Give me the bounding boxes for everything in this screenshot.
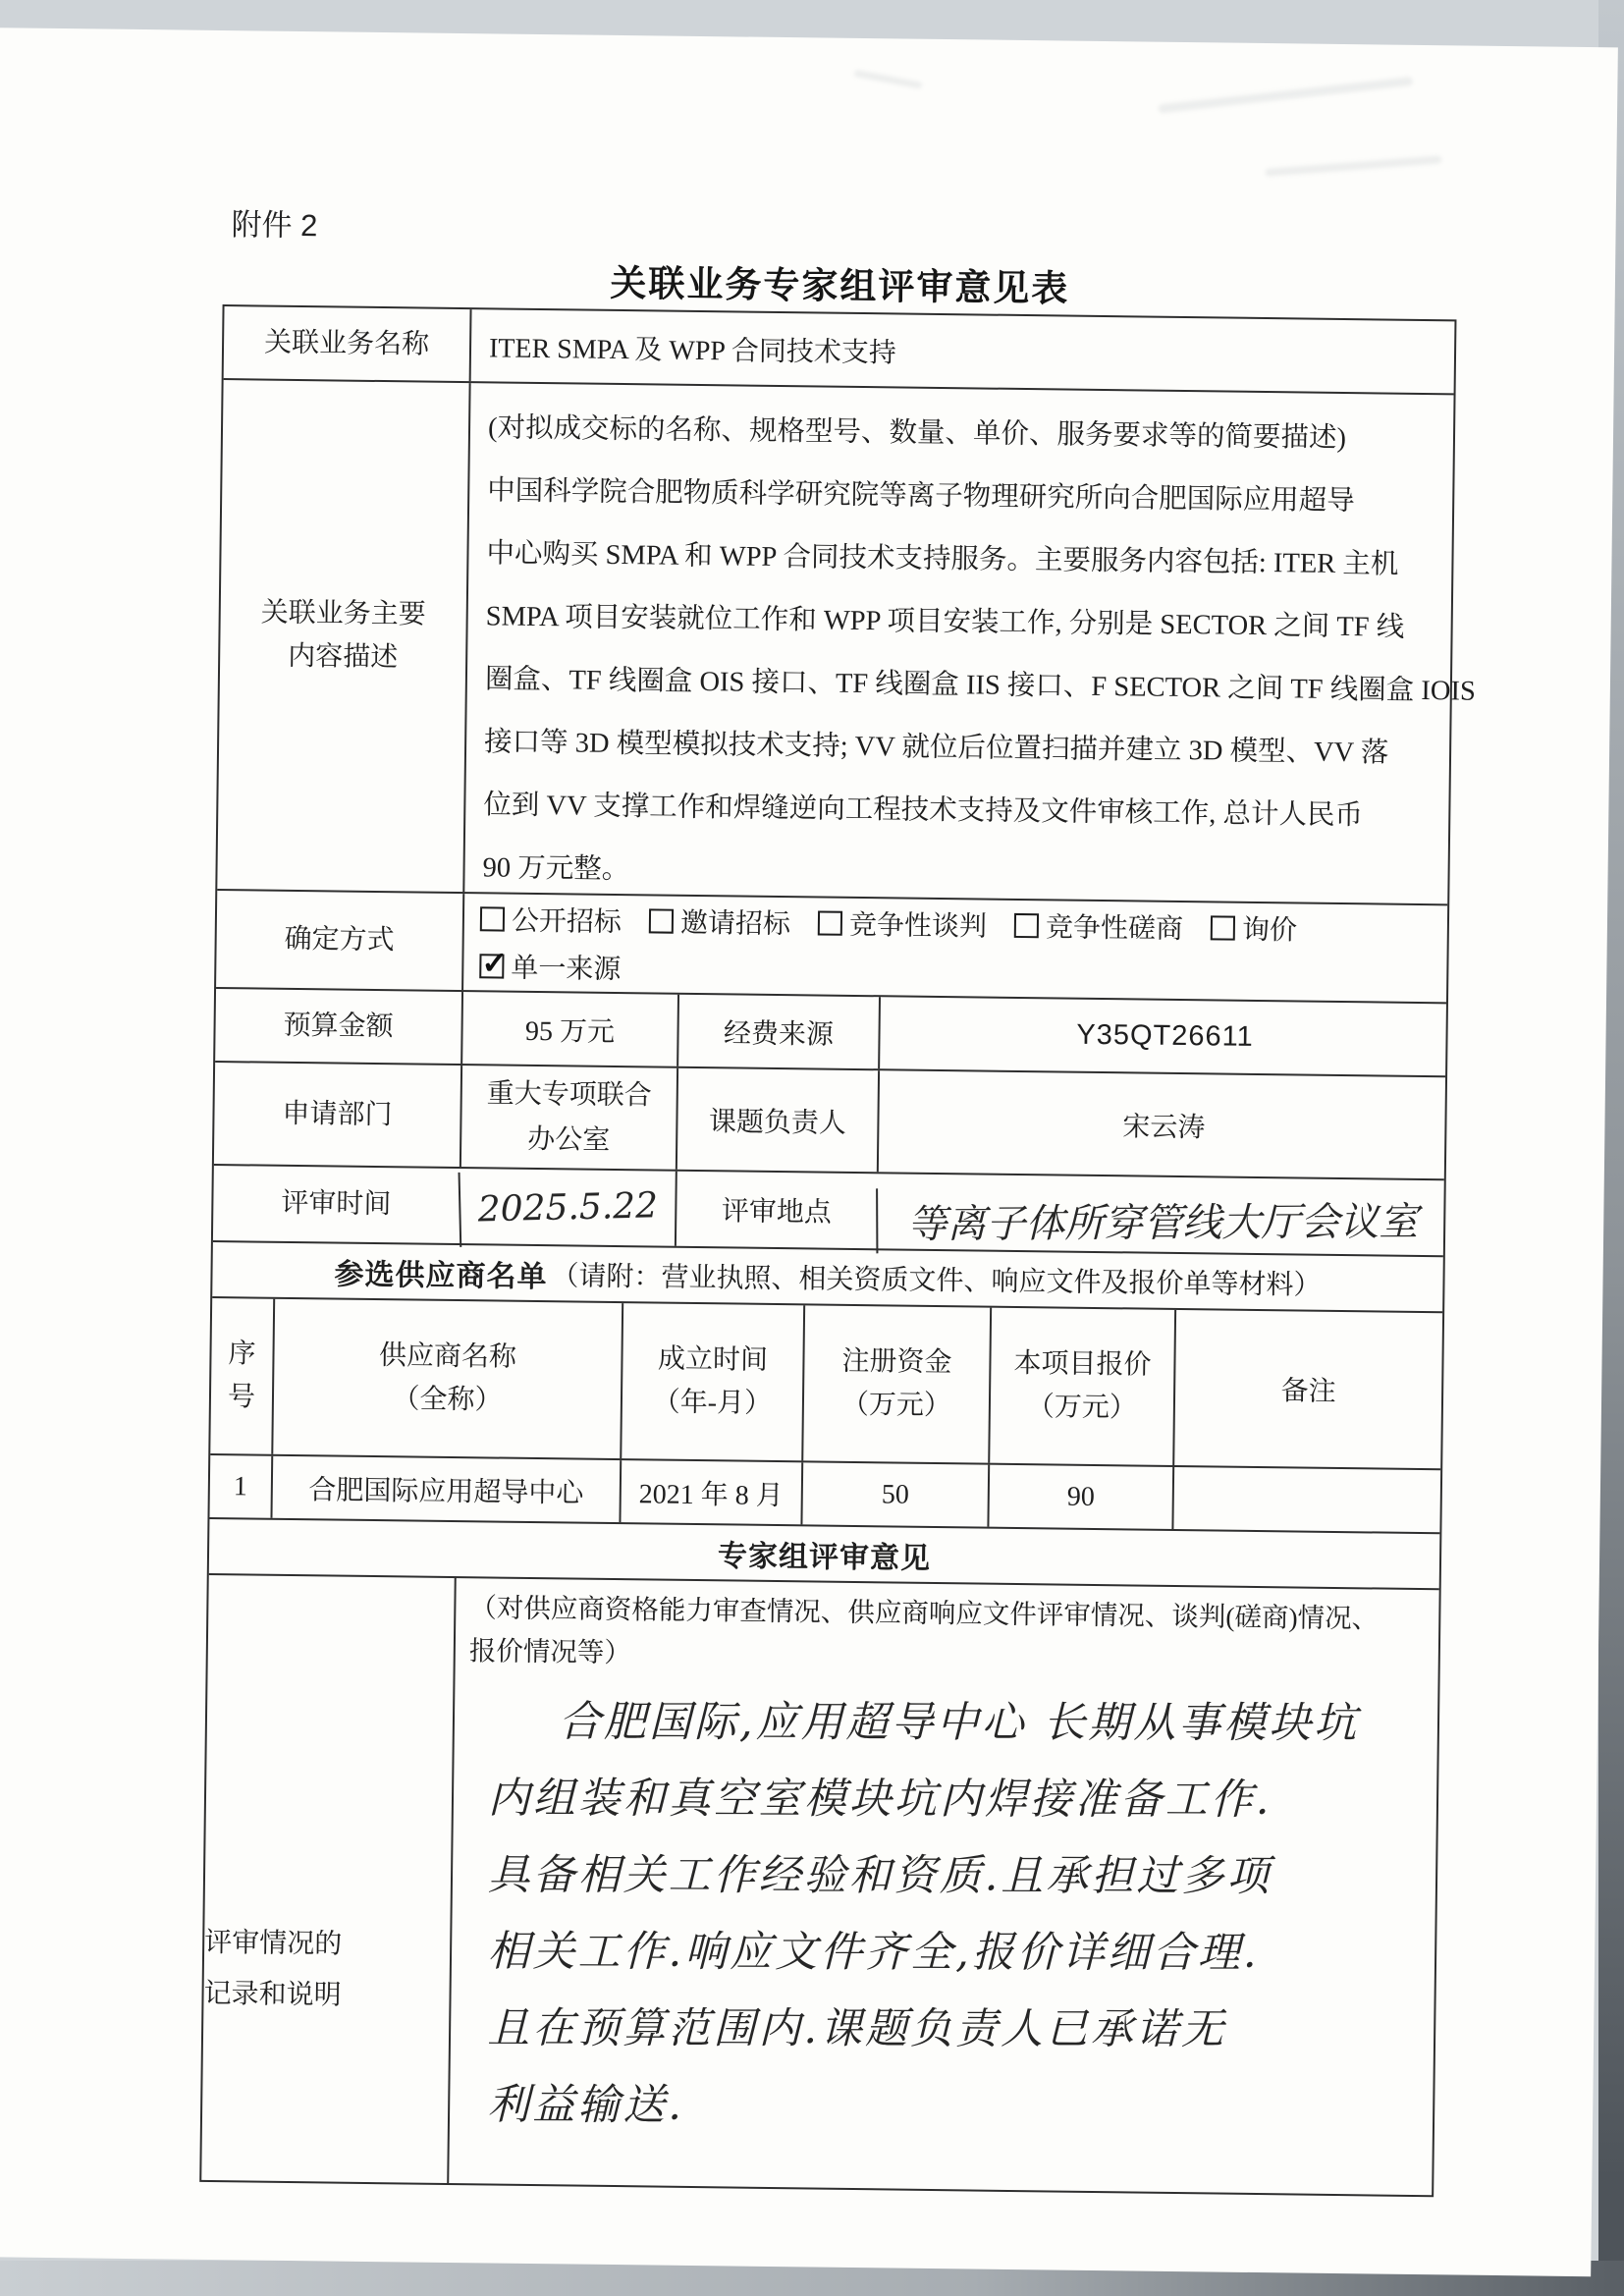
col-header-text: 号 [228, 1376, 256, 1419]
handwritten-line: 利益输送. [487, 2066, 1421, 2145]
row-review-time: 评审时间 2025.5.22 评审地点 等离子体所穿管线大厅会议室 [213, 1164, 1444, 1255]
leader-value: 宋云涛 [877, 1070, 1449, 1178]
bleed-through-mark [853, 70, 922, 89]
department-value-line2: 办公室 [527, 1117, 611, 1163]
handwritten-line: 内组装和真空室模块坑内焊接准备工作. [488, 1760, 1422, 1838]
opinion-hint: （对供应商资格能力审查情况、供应商响应文件评审情况、谈判(磋商)情况、报价情况等… [469, 1586, 1388, 1683]
row-budget: 预算金额 95 万元 经费来源 Y35QT26611 [215, 987, 1446, 1075]
supplier-remark [1171, 1467, 1440, 1532]
record-label-line1: 评审情况的 [204, 1917, 343, 1970]
funding-value: Y35QT26611 [878, 997, 1450, 1075]
supplier-no: 1 [209, 1455, 271, 1518]
checkbox-checked-icon [479, 954, 504, 978]
record-label-line2: 记录和说明 [203, 1968, 342, 2021]
supplier-table-header: 序 号 供应商名称 （全称） 成立时间 （年-月） 注册资金 （万元） 本项目报… [210, 1296, 1442, 1468]
supplier-section-title: 参选供应商名单 [334, 1249, 548, 1295]
funding-label: 经费来源 [677, 995, 879, 1068]
method-option-label: 单一来源 [511, 947, 621, 987]
col-header-founded: 成立时间 （年-月） [620, 1303, 803, 1460]
business-name-value: ITER SMPA 及 WPP 合同技术支持 [469, 309, 1455, 393]
col-header-text: 成立时间 [658, 1339, 769, 1383]
col-header-text: （全称） [392, 1378, 503, 1422]
review-time-label: 评审时间 [213, 1166, 460, 1243]
leader-label: 课题负责人 [676, 1068, 878, 1172]
col-header-text: 本项目报价 [1013, 1342, 1152, 1388]
handwritten-line: 合肥国际,应用超导中心 长期从事模块坑 [488, 1683, 1422, 1762]
method-option-open-tender: 公开招标 [480, 899, 622, 940]
col-header-text: 序 [228, 1333, 256, 1376]
opinion-handwritten-text: 合肥国际,应用超导中心 长期从事模块坑 内组装和真空室模块坑内焊接准备工作. 具… [487, 1683, 1422, 2145]
supplier-founded: 2021 年 8 月 [619, 1460, 801, 1524]
method-option-competitive-negotiation: 竞争性谈判 [818, 902, 987, 944]
col-header-remark: 备注 [1172, 1310, 1442, 1468]
record-label: 评审情况的 记录和说明 [201, 1575, 455, 2183]
col-header-text: 供应商名称 [379, 1335, 517, 1380]
department-value: 重大专项联合 办公室 [460, 1066, 677, 1170]
col-header-text: 注册资金 [841, 1340, 952, 1385]
col-header-text: （万元） [1027, 1386, 1138, 1430]
method-option-label: 询价 [1242, 908, 1298, 949]
method-option-invited-tender: 邀请招标 [649, 901, 790, 942]
row-department: 申请部门 重大专项联合 办公室 课题负责人 宋云涛 [214, 1061, 1445, 1178]
description-line: 位到 VV 支撑工作和焊缝逆向工程技术支持及文件审核工作, 总计人民币 [483, 774, 1475, 848]
business-name-label: 关联业务名称 [224, 306, 470, 381]
col-header-name: 供应商名称 （全称） [271, 1299, 622, 1458]
method-option-label: 邀请招标 [680, 902, 790, 942]
checkbox-icon [1014, 912, 1039, 937]
method-option-single-source: 单一来源 [479, 946, 621, 987]
description-value: (对拟成交标的名称、规格型号、数量、单价、服务要求等的简要描述) 中国科学院合肥… [462, 383, 1496, 904]
supplier-capital: 50 [800, 1462, 988, 1526]
description-label-line2: 内容描述 [288, 635, 399, 680]
checkbox-icon [480, 906, 505, 931]
review-place-value-handwritten: 等离子体所穿管线大厅会议室 [876, 1185, 1447, 1253]
method-option-label: 竞争性谈判 [849, 903, 987, 945]
supplier-name: 合肥国际应用超导中心 [270, 1456, 620, 1522]
col-header-bid: 本项目报价 （万元） [988, 1308, 1174, 1465]
method-option-label: 公开招标 [512, 900, 622, 940]
supplier-section-note: （请附：营业执照、相关资质文件、响应文件及报价单等材料） [551, 1254, 1321, 1303]
review-place-label: 评审地点 [675, 1172, 877, 1248]
row-business-name: 关联业务名称 ITER SMPA 及 WPP 合同技术支持 [224, 306, 1455, 393]
record-content: （对供应商资格能力审查情况、供应商响应文件评审情况、谈判(磋商)情况、报价情况等… [447, 1578, 1438, 2195]
department-value-line1: 重大专项联合 [486, 1071, 652, 1119]
attachment-label: 附件 2 [231, 199, 317, 245]
review-time-value-handwritten: 2025.5.22 [459, 1168, 677, 1247]
scanned-document-page: 附件 2 关联业务专家组评审意见表 关联业务名称 ITER SMPA 及 WPP… [0, 27, 1618, 2276]
description-label-line1: 关联业务主要 [260, 592, 426, 637]
col-header-capital: 注册资金 （万元） [801, 1305, 990, 1462]
department-label: 申请部门 [214, 1063, 460, 1167]
description-label: 关联业务主要 内容描述 [217, 380, 468, 892]
handwritten-line: 相关工作.响应文件齐全,报价详细合理. [487, 1913, 1421, 1992]
handwritten-line: 具备相关工作经验和资质.且承担过多项 [488, 1836, 1422, 1915]
row-method: 确定方式 公开招标 邀请招标 竞争性谈判 [216, 889, 1447, 1002]
checkbox-icon [649, 908, 674, 933]
method-option-inquiry: 询价 [1211, 907, 1297, 948]
method-label: 确定方式 [216, 891, 462, 990]
supplier-bid: 90 [987, 1465, 1172, 1529]
col-header-text: （年-月） [653, 1381, 773, 1425]
method-options-line1: 公开招标 邀请招标 竞争性谈判 竞争性磋商 [480, 899, 1298, 948]
row-description: 关联业务主要 内容描述 (对拟成交标的名称、规格型号、数量、单价、服务要求等的简… [217, 378, 1453, 903]
method-option-label: 竞争性磋商 [1046, 905, 1183, 947]
row-review-record: 评审情况的 记录和说明 （对供应商资格能力审查情况、供应商响应文件评审情况、谈判… [201, 1573, 1438, 2195]
review-form-table: 关联业务名称 ITER SMPA 及 WPP 合同技术支持 关联业务主要 内容描… [199, 304, 1456, 2197]
bleed-through-mark [1265, 155, 1441, 176]
method-options: 公开招标 邀请招标 竞争性谈判 竞争性磋商 [461, 894, 1447, 1002]
method-options-line2: 单一来源 [479, 946, 621, 987]
method-option-competitive-consultation: 竞争性磋商 [1014, 905, 1183, 947]
col-header-no: 序 号 [210, 1298, 273, 1454]
handwritten-line: 且在预算范围内.课题负责人已承诺无 [487, 1990, 1421, 2068]
budget-label: 预算金额 [215, 989, 461, 1064]
checkbox-icon [818, 910, 842, 935]
budget-value: 95 万元 [460, 992, 677, 1066]
bleed-through-mark [1159, 77, 1413, 113]
col-header-text: （万元） [841, 1384, 952, 1428]
checkbox-icon [1211, 915, 1235, 940]
